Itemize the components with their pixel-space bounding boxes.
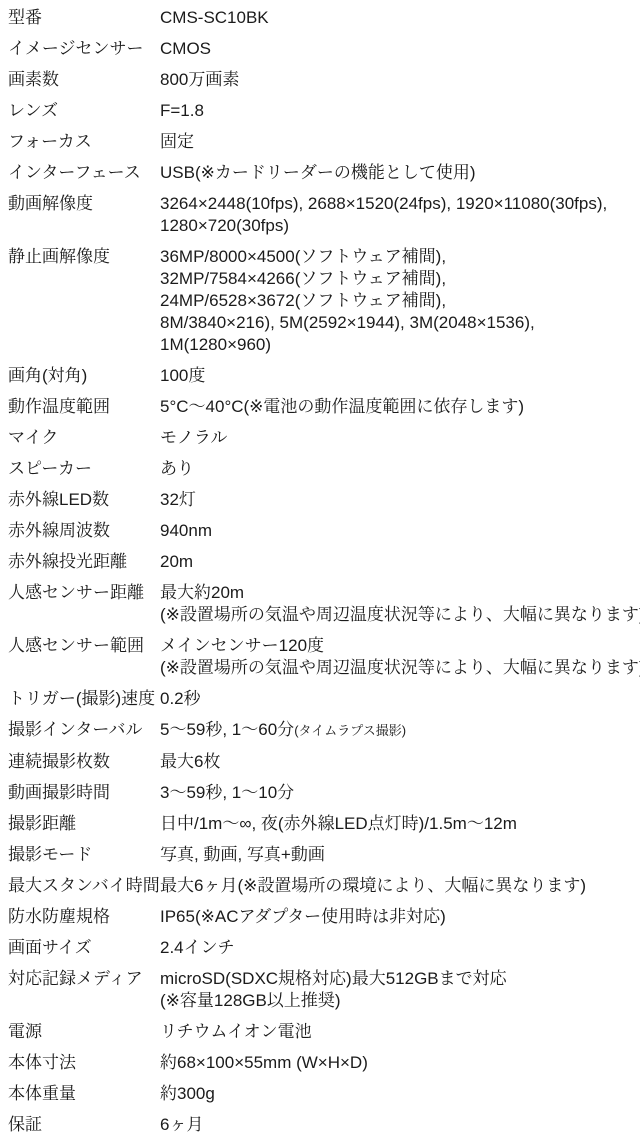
spec-row: 本体重量約300g: [8, 1083, 640, 1105]
spec-row: 撮影モード写真, 動画, 写真+動画: [8, 844, 640, 866]
spec-value-line: F=1.8: [160, 100, 640, 122]
spec-row: 動画解像度3264×2448(10fps), 2688×1520(24fps),…: [8, 193, 640, 237]
spec-label: 動画解像度: [8, 193, 160, 215]
spec-value: モノラル: [160, 427, 640, 449]
spec-value-line: モノラル: [160, 427, 640, 449]
spec-row: 最大スタンバイ時間最大6ヶ月(※設置場所の環境により、大幅に異なります): [8, 875, 640, 897]
spec-value: 3264×2448(10fps), 2688×1520(24fps), 1920…: [160, 193, 640, 237]
spec-value-line: (※設置場所の気温や周辺温度状況等により、大幅に異なります): [160, 657, 640, 679]
spec-value-line: 最大6ヶ月(※設置場所の環境により、大幅に異なります): [160, 875, 640, 897]
spec-table: 型番CMS-SC10BKイメージセンサーCMOS画素数800万画素レンズF=1.…: [0, 0, 640, 1136]
spec-value-line: CMS-SC10BK: [160, 7, 640, 29]
spec-label: レンズ: [8, 100, 160, 122]
spec-value-line: 日中/1m〜∞, 夜(赤外線LED点灯時)/1.5m〜12m: [160, 813, 640, 835]
spec-value: 5°C〜40°C(※電池の動作温度範囲に依存します): [160, 396, 640, 418]
spec-value: 写真, 動画, 写真+動画: [160, 844, 640, 866]
spec-label: 画素数: [8, 69, 160, 91]
spec-label: 保証: [8, 1114, 160, 1136]
spec-row: 画素数800万画素: [8, 69, 640, 91]
spec-row: イメージセンサーCMOS: [8, 38, 640, 60]
spec-value: 36MP/8000×4500(ソフトウェア補間),32MP/7584×4266(…: [160, 246, 640, 356]
spec-label: 赤外線周波数: [8, 520, 160, 542]
spec-label: 撮影インターバル: [8, 719, 160, 741]
spec-row: 防水防塵規格IP65(※ACアダプター使用時は非対応): [8, 906, 640, 928]
spec-value: 約68×100×55mm (W×H×D): [160, 1052, 640, 1074]
spec-row: 連続撮影枚数最大6枚: [8, 751, 640, 773]
spec-row: 撮影インターバル5〜59秒, 1〜60分(タイムラプス撮影): [8, 719, 640, 742]
spec-value-line: 36MP/8000×4500(ソフトウェア補間),: [160, 246, 640, 268]
spec-value-line: (※設置場所の気温や周辺温度状況等により、大幅に異なります): [160, 604, 640, 626]
spec-value-line: IP65(※ACアダプター使用時は非対応): [160, 906, 640, 928]
spec-value: CMS-SC10BK: [160, 7, 640, 29]
spec-value: 20m: [160, 551, 640, 573]
spec-value-line: 1280×720(30fps): [160, 215, 640, 237]
spec-value: 0.2秒: [160, 688, 640, 710]
spec-label: 電源: [8, 1021, 160, 1043]
spec-row: 動作温度範囲5°C〜40°C(※電池の動作温度範囲に依存します): [8, 396, 640, 418]
spec-value: 最大6枚: [160, 751, 640, 773]
spec-value: 800万画素: [160, 69, 640, 91]
spec-value-line: 6ヶ月: [160, 1114, 640, 1136]
spec-value: IP65(※ACアダプター使用時は非対応): [160, 906, 640, 928]
spec-label: 本体重量: [8, 1083, 160, 1105]
spec-value-line: microSD(SDXC規格対応)最大512GBまで対応: [160, 968, 640, 990]
spec-value: 5〜59秒, 1〜60分(タイムラプス撮影): [160, 719, 640, 742]
spec-row: トリガー(撮影)速度0.2秒: [8, 688, 640, 710]
spec-value-line: 約68×100×55mm (W×H×D): [160, 1052, 640, 1074]
spec-label: 赤外線LED数: [8, 489, 160, 511]
spec-value-line: メインセンサー120度: [160, 635, 640, 657]
spec-value: F=1.8: [160, 100, 640, 122]
spec-value-line: 1M(1280×960): [160, 334, 640, 356]
spec-row: 保証6ヶ月: [8, 1114, 640, 1136]
spec-value-line: 3264×2448(10fps), 2688×1520(24fps), 1920…: [160, 193, 640, 215]
spec-label: イメージセンサー: [8, 38, 160, 60]
spec-value-line: あり: [160, 458, 640, 480]
spec-value-line: (※容量128GB以上推奨): [160, 990, 640, 1012]
spec-value: 2.4インチ: [160, 937, 640, 959]
spec-label: 最大スタンバイ時間: [8, 875, 160, 897]
spec-value-line: リチウムイオン電池: [160, 1021, 640, 1043]
spec-label: 画面サイズ: [8, 937, 160, 959]
spec-value: CMOS: [160, 38, 640, 60]
spec-label: 型番: [8, 7, 160, 29]
spec-value: 最大6ヶ月(※設置場所の環境により、大幅に異なります): [160, 875, 640, 897]
spec-value-line: 800万画素: [160, 69, 640, 91]
spec-value: 940nm: [160, 520, 640, 542]
spec-label: 赤外線投光距離: [8, 551, 160, 573]
spec-row: 対応記録メディアmicroSD(SDXC規格対応)最大512GBまで対応(※容量…: [8, 968, 640, 1012]
spec-row: 画面サイズ2.4インチ: [8, 937, 640, 959]
spec-value-line: 20m: [160, 551, 640, 573]
spec-row: インターフェースUSB(※カードリーダーの機能として使用): [8, 162, 640, 184]
spec-label: フォーカス: [8, 131, 160, 153]
spec-row: 赤外線投光距離20m: [8, 551, 640, 573]
spec-row: 画角(対角)100度: [8, 365, 640, 387]
spec-value: microSD(SDXC規格対応)最大512GBまで対応(※容量128GB以上推…: [160, 968, 640, 1012]
spec-label: 人感センサー距離: [8, 582, 160, 604]
spec-value-line: 32MP/7584×4266(ソフトウェア補間),: [160, 268, 640, 290]
spec-row: 電源リチウムイオン電池: [8, 1021, 640, 1043]
spec-row: マイクモノラル: [8, 427, 640, 449]
spec-value: あり: [160, 458, 640, 480]
spec-row: 人感センサー距離最大約20m(※設置場所の気温や周辺温度状況等により、大幅に異な…: [8, 582, 640, 626]
spec-label: 撮影モード: [8, 844, 160, 866]
spec-value: 固定: [160, 131, 640, 153]
spec-value: 100度: [160, 365, 640, 387]
spec-value-note: (タイムラプス撮影): [294, 723, 406, 738]
spec-value-line: 最大6枚: [160, 751, 640, 773]
spec-value-line: USB(※カードリーダーの機能として使用): [160, 162, 640, 184]
spec-label: 動作温度範囲: [8, 396, 160, 418]
spec-value-line: 24MP/6528×3672(ソフトウェア補間),: [160, 290, 640, 312]
spec-value-line: 8M/3840×216), 5M(2592×1944), 3M(2048×153…: [160, 312, 640, 334]
spec-label: 対応記録メディア: [8, 968, 160, 990]
spec-value: メインセンサー120度(※設置場所の気温や周辺温度状況等により、大幅に異なります…: [160, 635, 640, 679]
spec-value: USB(※カードリーダーの機能として使用): [160, 162, 640, 184]
spec-value: 3〜59秒, 1〜10分: [160, 782, 640, 804]
spec-value-line: CMOS: [160, 38, 640, 60]
spec-value-line: 940nm: [160, 520, 640, 542]
spec-value-line: 100度: [160, 365, 640, 387]
spec-value-line: 3〜59秒, 1〜10分: [160, 782, 640, 804]
spec-row: 型番CMS-SC10BK: [8, 7, 640, 29]
spec-row: スピーカーあり: [8, 458, 640, 480]
spec-label: 連続撮影枚数: [8, 751, 160, 773]
spec-value: 日中/1m〜∞, 夜(赤外線LED点灯時)/1.5m〜12m: [160, 813, 640, 835]
spec-row: 静止画解像度36MP/8000×4500(ソフトウェア補間),32MP/7584…: [8, 246, 640, 356]
spec-value-line: 5〜59秒, 1〜60分(タイムラプス撮影): [160, 719, 640, 742]
spec-row: レンズF=1.8: [8, 100, 640, 122]
spec-row: 撮影距離日中/1m〜∞, 夜(赤外線LED点灯時)/1.5m〜12m: [8, 813, 640, 835]
spec-value: 最大約20m(※設置場所の気温や周辺温度状況等により、大幅に異なります): [160, 582, 640, 626]
spec-row: 人感センサー範囲メインセンサー120度(※設置場所の気温や周辺温度状況等により、…: [8, 635, 640, 679]
spec-label: インターフェース: [8, 162, 160, 184]
spec-value-line: 写真, 動画, 写真+動画: [160, 844, 640, 866]
spec-label: スピーカー: [8, 458, 160, 480]
spec-label: トリガー(撮影)速度: [8, 688, 160, 710]
spec-row: 本体寸法約68×100×55mm (W×H×D): [8, 1052, 640, 1074]
spec-label: 静止画解像度: [8, 246, 160, 268]
spec-value-line: 32灯: [160, 489, 640, 511]
spec-label: 画角(対角): [8, 365, 160, 387]
spec-value: リチウムイオン電池: [160, 1021, 640, 1043]
spec-label: 本体寸法: [8, 1052, 160, 1074]
spec-row: 赤外線LED数32灯: [8, 489, 640, 511]
spec-label: 撮影距離: [8, 813, 160, 835]
spec-label: マイク: [8, 427, 160, 449]
spec-value-line: 2.4インチ: [160, 937, 640, 959]
spec-value-line: 約300g: [160, 1083, 640, 1105]
spec-value: 32灯: [160, 489, 640, 511]
spec-label: 防水防塵規格: [8, 906, 160, 928]
spec-label: 人感センサー範囲: [8, 635, 160, 657]
spec-value: 約300g: [160, 1083, 640, 1105]
spec-value-line: 最大約20m: [160, 582, 640, 604]
spec-row: 動画撮影時間3〜59秒, 1〜10分: [8, 782, 640, 804]
spec-row: フォーカス固定: [8, 131, 640, 153]
spec-value-line: 0.2秒: [160, 688, 640, 710]
spec-value-line: 5°C〜40°C(※電池の動作温度範囲に依存します): [160, 396, 640, 418]
spec-label: 動画撮影時間: [8, 782, 160, 804]
spec-value: 6ヶ月: [160, 1114, 640, 1136]
spec-row: 赤外線周波数940nm: [8, 520, 640, 542]
spec-value-line: 固定: [160, 131, 640, 153]
